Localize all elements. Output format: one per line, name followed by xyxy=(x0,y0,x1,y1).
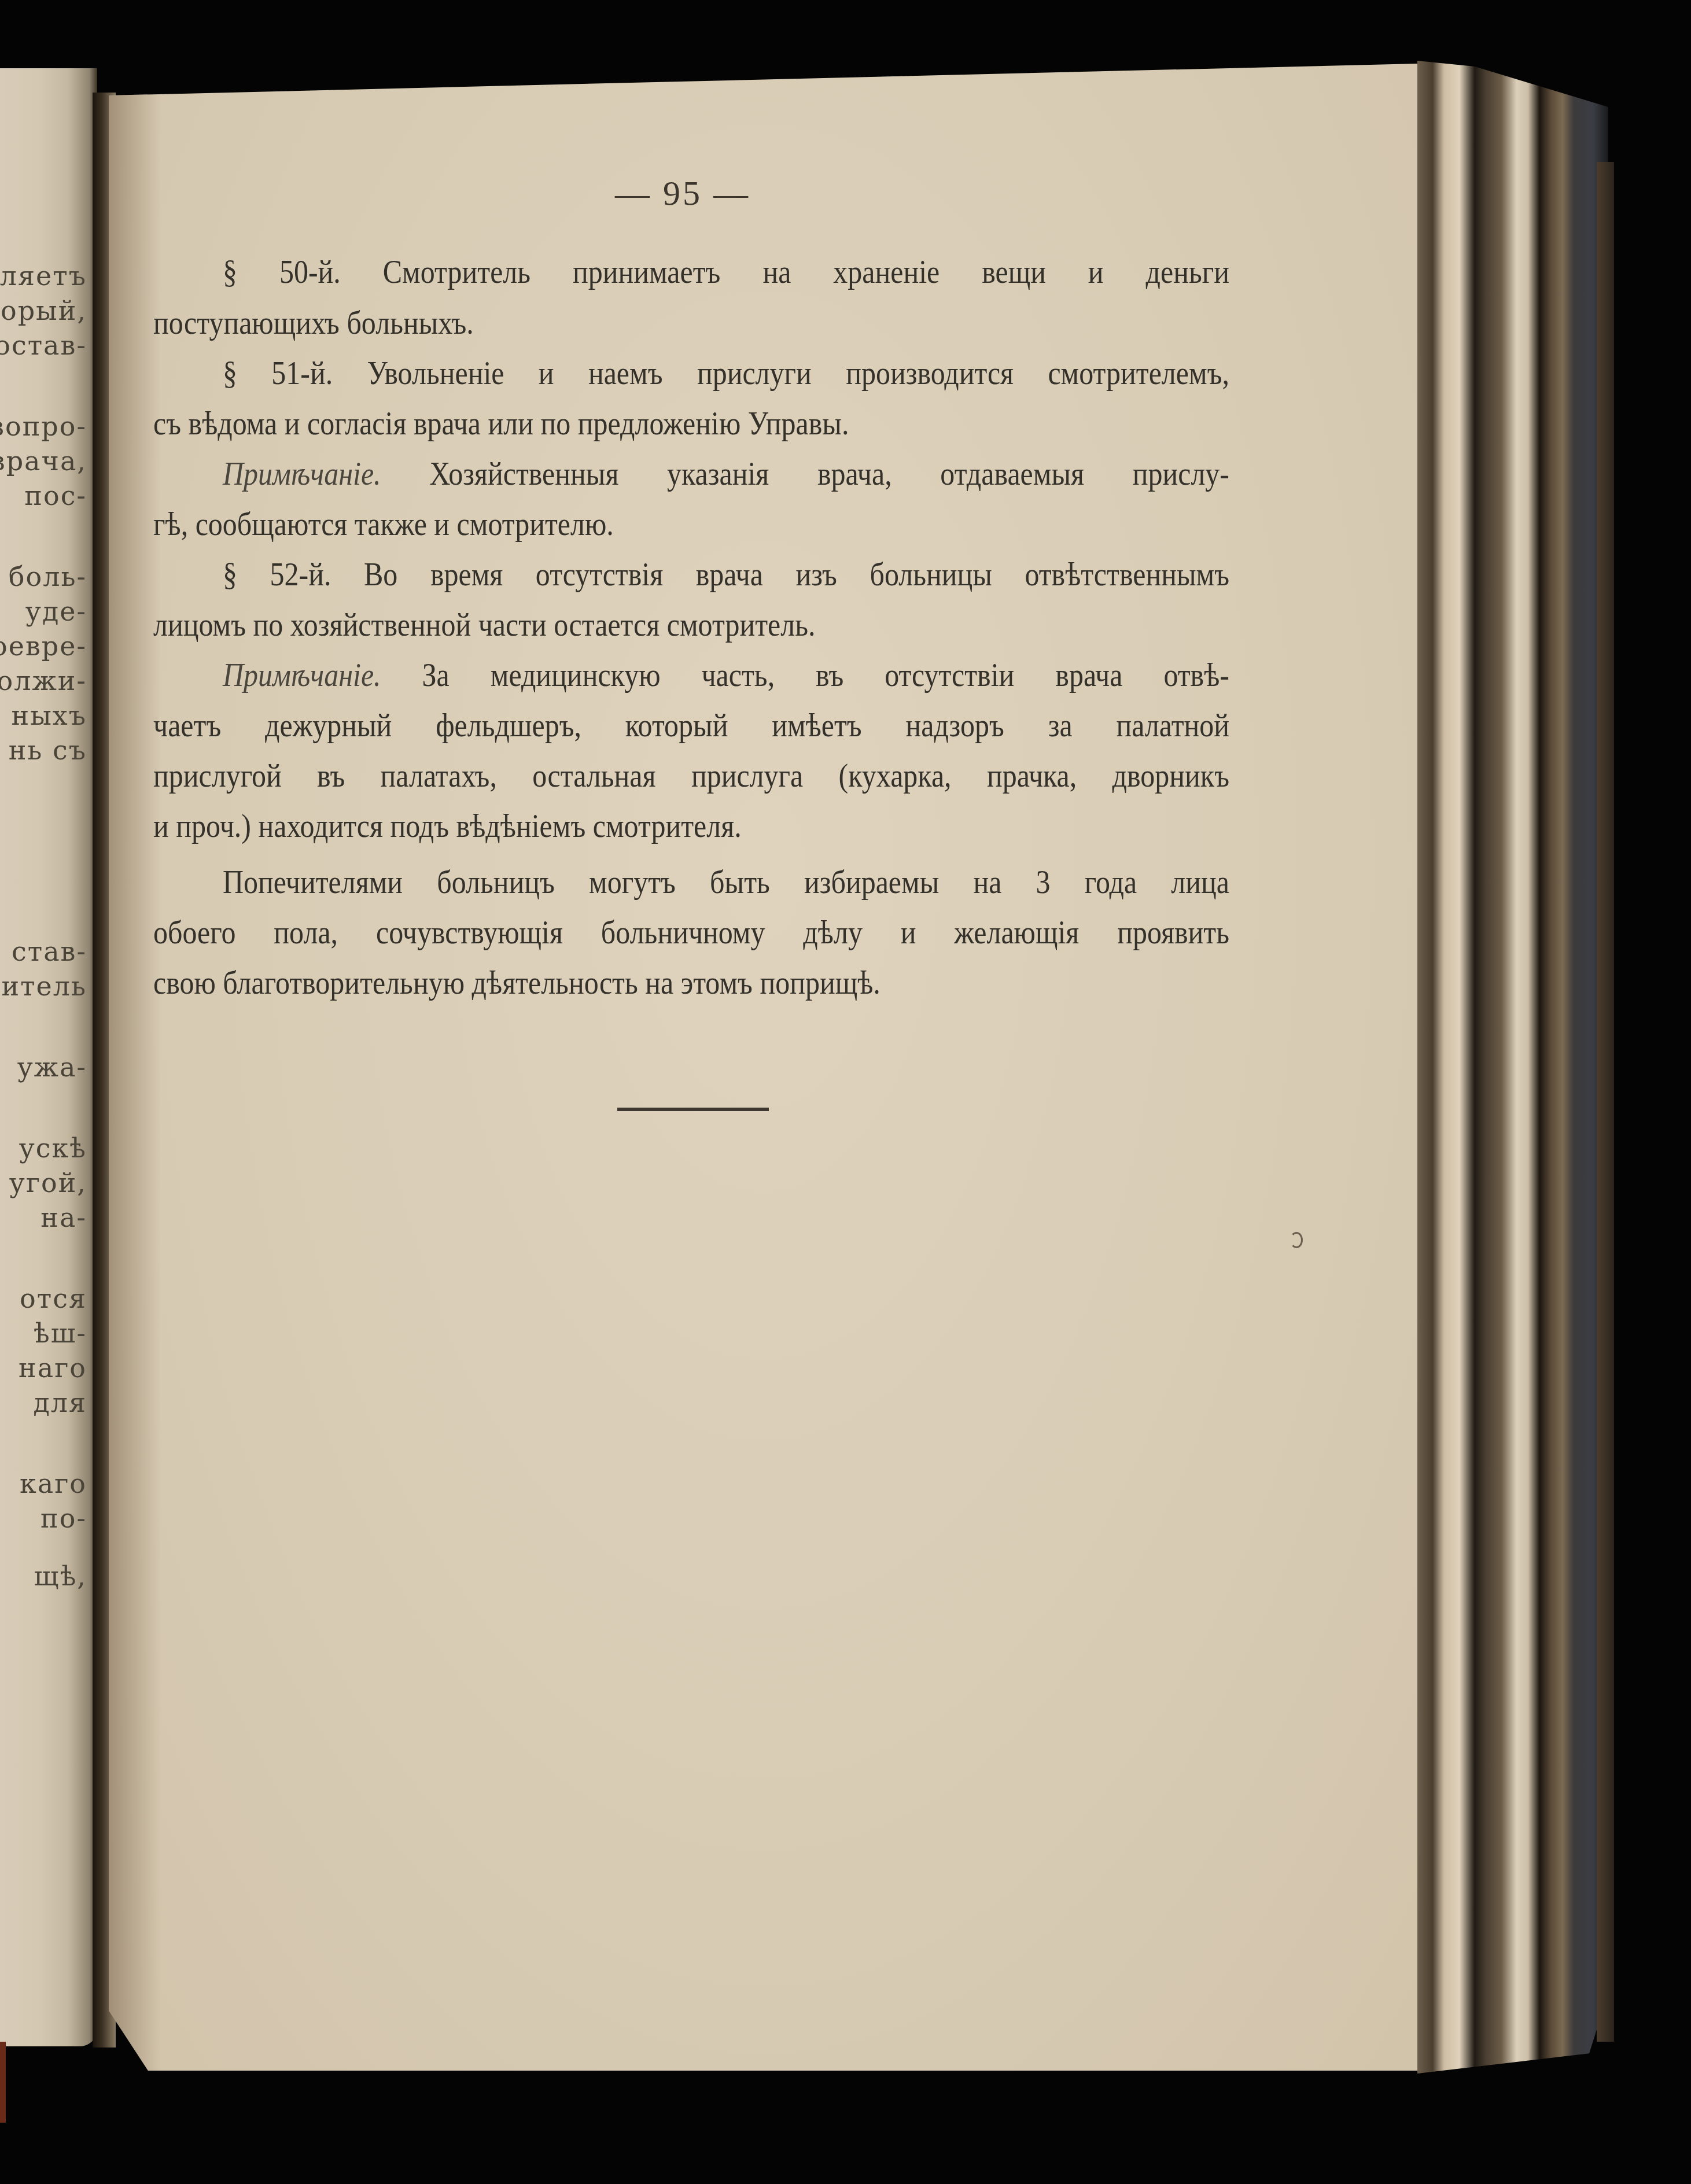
page-edges-stack xyxy=(1417,61,1608,2074)
left-fragment: угой, xyxy=(9,1167,87,1198)
left-fragment: ѣш- xyxy=(34,1318,87,1349)
left-fragment: каго xyxy=(20,1468,87,1499)
text-line: съ вѣдома и согласія врача или по предло… xyxy=(153,403,1229,443)
left-fragment: вопро- xyxy=(0,411,87,442)
section-divider-rule xyxy=(617,1108,769,1111)
left-fragment: торый, xyxy=(0,295,87,326)
left-fragment: уде- xyxy=(25,596,87,627)
left-fragment: нь съ xyxy=(9,735,87,766)
text-line: Примѣчаніе. Хозяйственныя указанія врача… xyxy=(223,453,1229,493)
left-fragment: ныхъ xyxy=(12,700,87,731)
text-line: § 52-й. Во время отсутствія врача изъ бо… xyxy=(223,554,1229,594)
text-line: обоего пола, сочувствующія больничному д… xyxy=(153,912,1229,952)
left-fragment: оевре- xyxy=(0,630,87,662)
text-line: прислугой въ палатахъ, остальная прислуг… xyxy=(153,755,1229,795)
left-fragment: наго xyxy=(19,1352,87,1384)
text-line: гѣ, сообщаются также и смотрителю. xyxy=(153,504,1229,544)
text-line: Попечителями больницъ могутъ быть избира… xyxy=(223,862,1229,902)
book-cover-edge xyxy=(1597,162,1614,2042)
left-fragment: на- xyxy=(40,1202,87,1233)
left-fragment: олжи- xyxy=(0,665,87,696)
left-fragment: по- xyxy=(40,1503,87,1534)
left-fragment: вляетъ xyxy=(0,260,87,292)
text-line: лицомъ по хозяйственной части остается с… xyxy=(153,604,1229,644)
text-line: поступающихъ больныхъ. xyxy=(153,302,1229,342)
left-fragment: щѣ, xyxy=(34,1560,87,1592)
left-fragment: боль- xyxy=(9,561,87,592)
text-line: свою благотворительную дѣятельность на э… xyxy=(153,962,1229,1002)
left-fragment: итель xyxy=(1,971,87,1002)
page-number: — 95 — xyxy=(607,174,758,213)
left-fragment: ускѣ xyxy=(19,1132,87,1164)
text-line: § 51-й. Увольненіе и наемъ прислуги прои… xyxy=(223,353,1229,393)
paper-blemish xyxy=(1290,1232,1303,1248)
left-fragment: для xyxy=(33,1387,87,1418)
text-line: Примѣчаніе. За медицинскую часть, въ отс… xyxy=(223,655,1229,695)
text-line: § 50-й. Смотритель принимаетъ на хранені… xyxy=(223,252,1229,292)
note-label: Примѣчаніе. xyxy=(223,455,381,492)
left-fragment: пос- xyxy=(24,480,87,511)
note-label: Примѣчаніе. xyxy=(223,656,381,693)
left-fragment: ужа- xyxy=(17,1052,87,1083)
text-line: чаетъ дежурный фельдшеръ, который имѣетъ… xyxy=(153,705,1229,745)
left-page-fragment: вляетъ торый, остав- вопро- врача, пос- … xyxy=(0,68,97,2046)
left-fragment: став- xyxy=(12,936,87,967)
left-page-edge xyxy=(0,2042,6,2123)
left-fragment: врача, xyxy=(0,445,87,477)
text-line: и проч.) находится подъ вѣдѣніемъ смотри… xyxy=(153,806,1229,846)
left-fragment: остав- xyxy=(0,330,87,361)
left-fragment: отся xyxy=(20,1283,87,1314)
